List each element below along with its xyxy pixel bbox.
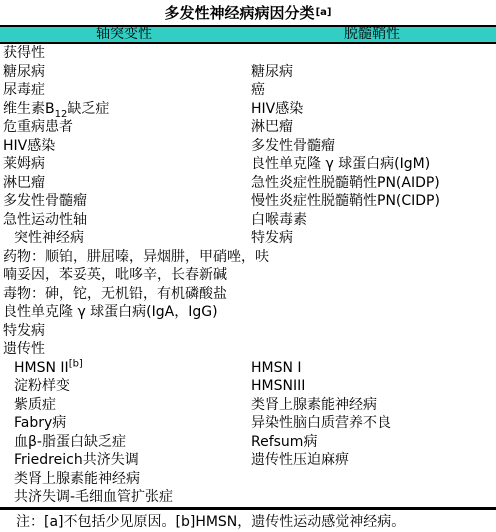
table-row: 多发性骨髓瘤慢性炎症性脱髓鞘性PN(CIDP) (0, 192, 496, 211)
cell-right (248, 488, 496, 507)
cell-left: 获得性 (0, 44, 248, 63)
cell-right: 淋巴瘤 (248, 118, 496, 137)
table-row: 毒物：砷，铊，无机铅，有机磷酸盐 (0, 285, 496, 304)
cell-left: HIV感染 (0, 137, 248, 156)
column-header-demyelinating: 脱髓鞘性 (248, 27, 496, 42)
cell-left: 类肾上腺素能神经病 (0, 470, 248, 489)
table-row: 获得性 (0, 44, 496, 63)
cell-left: 血β-脂蛋白缺乏症 (0, 433, 248, 452)
table-row: 尿毒症癌 (0, 81, 496, 100)
cell-right (248, 470, 496, 489)
cell-right (248, 44, 496, 63)
cell-right: HIV感染 (248, 100, 496, 119)
table-row: Friedreich共济失调遗传性压迫麻痹 (0, 451, 496, 470)
cell-right: HMSNIII (248, 377, 496, 396)
cell-left: 特发病 (0, 322, 248, 341)
table-row: 糖尿病糖尿病 (0, 63, 496, 82)
table-row: 危重病患者淋巴瘤 (0, 118, 496, 137)
table-row: 喃妥因，苯妥英，吡哆辛，长春新碱 (0, 266, 496, 285)
cell-left: 药物：顺铂，肼屈嗪，异烟肼，甲硝唑，呋 (0, 248, 248, 267)
table-row: 急性运动性轴白喉毒素 (0, 211, 496, 230)
table-body: 获得性糖尿病糖尿病尿毒症癌维生素B12缺乏症HIV感染危重病患者淋巴瘤HIV感染… (0, 44, 496, 510)
cell-right: 糖尿病 (248, 63, 496, 82)
page-title: 多发性神经病病因分类[a] (0, 0, 496, 25)
cell-left: Friedreich共济失调 (0, 451, 248, 470)
cell-left: Fabry病 (0, 414, 248, 433)
cell-right: 遗传性压迫麻痹 (248, 451, 496, 470)
cell-left: 突性神经病 (0, 229, 248, 248)
cell-right: 癌 (248, 81, 496, 100)
cell-right: 特发病 (248, 229, 496, 248)
table-header: 轴突变性 脱髓鞘性 (0, 25, 496, 44)
cell-left: 尿毒症 (0, 81, 248, 100)
table-row: 突性神经病特发病 (0, 229, 496, 248)
table-row: 莱姆病良性单克隆 γ 球蛋白病(IgM) (0, 155, 496, 174)
column-header-axonal: 轴突变性 (0, 27, 248, 42)
cell-left: 多发性骨髓瘤 (0, 192, 248, 211)
cell-right: 多发性骨髓瘤 (248, 137, 496, 156)
cell-right (248, 266, 496, 285)
cell-left: 莱姆病 (0, 155, 248, 174)
cell-left: 危重病患者 (0, 118, 248, 137)
table-row: 紫质症类肾上腺素能神经病 (0, 396, 496, 415)
cell-left: 遗传性 (0, 340, 248, 359)
cell-right (248, 285, 496, 304)
cell-left: 糖尿病 (0, 63, 248, 82)
page: 多发性神经病病因分类[a] 轴突变性 脱髓鞘性 获得性糖尿病糖尿病尿毒症癌维生素… (0, 0, 496, 531)
table-row: 维生素B12缺乏症HIV感染 (0, 100, 496, 119)
table-row: 淋巴瘤急性炎症性脱髓鞘性PN(AIDP) (0, 174, 496, 193)
cell-right: 慢性炎症性脱髓鞘性PN(CIDP) (248, 192, 496, 211)
table-row: 淀粉样变HMSNIII (0, 377, 496, 396)
cell-right (248, 248, 496, 267)
cell-right: 良性单克隆 γ 球蛋白病(IgM) (248, 155, 496, 174)
table-row: 遗传性 (0, 340, 496, 359)
table-row: 药物：顺铂，肼屈嗪，异烟肼，甲硝唑，呋 (0, 248, 496, 267)
cell-left: 喃妥因，苯妥英，吡哆辛，长春新碱 (0, 266, 248, 285)
cell-left: 淋巴瘤 (0, 174, 248, 193)
table-row: 共济失调-毛细血管扩张症 (0, 488, 496, 507)
page-title-text: 多发性神经病病因分类 (165, 2, 315, 23)
cell-left: 共济失调-毛细血管扩张症 (0, 488, 248, 507)
cell-right: 白喉毒素 (248, 211, 496, 230)
cell-left: 急性运动性轴 (0, 211, 248, 230)
table-row: 类肾上腺素能神经病 (0, 470, 496, 489)
footnote: 注：[a]不包括少见原因。[b]HMSN，遗传性运动感觉神经病。 (0, 510, 496, 531)
title-footnote-marker: [a] (316, 7, 332, 18)
table-row: 血β-脂蛋白缺乏症Refsum病 (0, 433, 496, 452)
table-row: HMSN II[b]HMSN I (0, 359, 496, 378)
cell-left: 淀粉样变 (0, 377, 248, 396)
table-row: HIV感染多发性骨髓瘤 (0, 137, 496, 156)
cell-left: HMSN II[b] (0, 359, 248, 378)
cell-left: 毒物：砷，铊，无机铅，有机磷酸盐 (0, 285, 248, 304)
cell-left: 维生素B12缺乏症 (0, 100, 248, 119)
cell-right (248, 303, 496, 322)
table-row: 良性单克隆 γ 球蛋白病(IgA，IgG) (0, 303, 496, 322)
cell-right (248, 322, 496, 341)
cell-right: HMSN I (248, 359, 496, 378)
cell-right: 异染性脑白质营养不良 (248, 414, 496, 433)
table-row: 特发病 (0, 322, 496, 341)
cell-right: 急性炎症性脱髓鞘性PN(AIDP) (248, 174, 496, 193)
cell-left: 紫质症 (0, 396, 248, 415)
cell-left: 良性单克隆 γ 球蛋白病(IgA，IgG) (0, 303, 248, 322)
cell-right (248, 340, 496, 359)
cell-right: Refsum病 (248, 433, 496, 452)
table-row: Fabry病异染性脑白质营养不良 (0, 414, 496, 433)
cell-right: 类肾上腺素能神经病 (248, 396, 496, 415)
